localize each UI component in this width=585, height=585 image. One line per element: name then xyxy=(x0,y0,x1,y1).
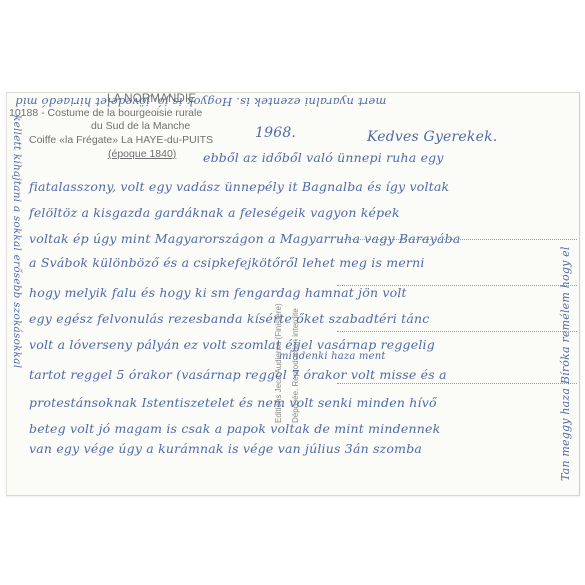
postcard-back: mert nyaralni ezentek is. Hogyok is jó, … xyxy=(6,92,580,496)
handwritten-line: fiatalasszony, volt egy vadász ünnepély … xyxy=(29,179,449,194)
printed-title: LA NORMANDIE xyxy=(107,93,196,105)
handwritten-line: voltak ép úgy mint Magyarországon a Magy… xyxy=(29,231,460,246)
right-margin-note: Tan meggy haza Bíróka remélem hogy el xyxy=(559,246,572,481)
handwritten-date: 1968. xyxy=(255,125,296,141)
handwritten-line: beteg volt jó magam is csak a papok volt… xyxy=(29,421,440,436)
handwritten-line: van egy vége úgy a kurámnak is vége van … xyxy=(29,441,422,456)
handwritten-line: felöltöz a kisgazda gardáknak a felesége… xyxy=(29,205,400,220)
handwritten-line: egy egész felvonulás rezesbanda kísérte … xyxy=(29,311,430,326)
handwritten-line: ebből az időből való ünnepi ruha egy xyxy=(203,150,444,165)
handwritten-greeting: Kedves Gyerekek. xyxy=(367,129,497,145)
handwritten-insert: mindenki haza ment xyxy=(279,351,386,362)
handwritten-line: tartot reggel 5 órakor (vasárnap reggel … xyxy=(29,367,447,382)
printed-caption-line-3: Coiffe «la Frégate» La HAYE-du-PUITS xyxy=(29,134,213,146)
printed-caption-line-2: du Sud de la Manche xyxy=(91,120,190,132)
printed-caption-line-4: (époque 1840) xyxy=(108,148,176,160)
printed-caption-line-1: 10188 - Costume de la bourgeoisie rurale xyxy=(9,107,202,119)
handwritten-line: volt a lóverseny pályán ez volt szomlat … xyxy=(29,337,435,352)
handwritten-line: a Svábok különböző és a csipkefejkötőről… xyxy=(29,255,425,270)
address-line xyxy=(337,383,577,384)
address-line xyxy=(337,331,577,332)
handwritten-line: protestánsoknak Istentiszetelet és nem v… xyxy=(29,395,437,410)
left-margin-note: kellett kihajtani a sokkal erősebb szoká… xyxy=(11,115,23,368)
handwritten-line: hogy melyik falu és hogy ki sm fengardag… xyxy=(29,285,407,300)
